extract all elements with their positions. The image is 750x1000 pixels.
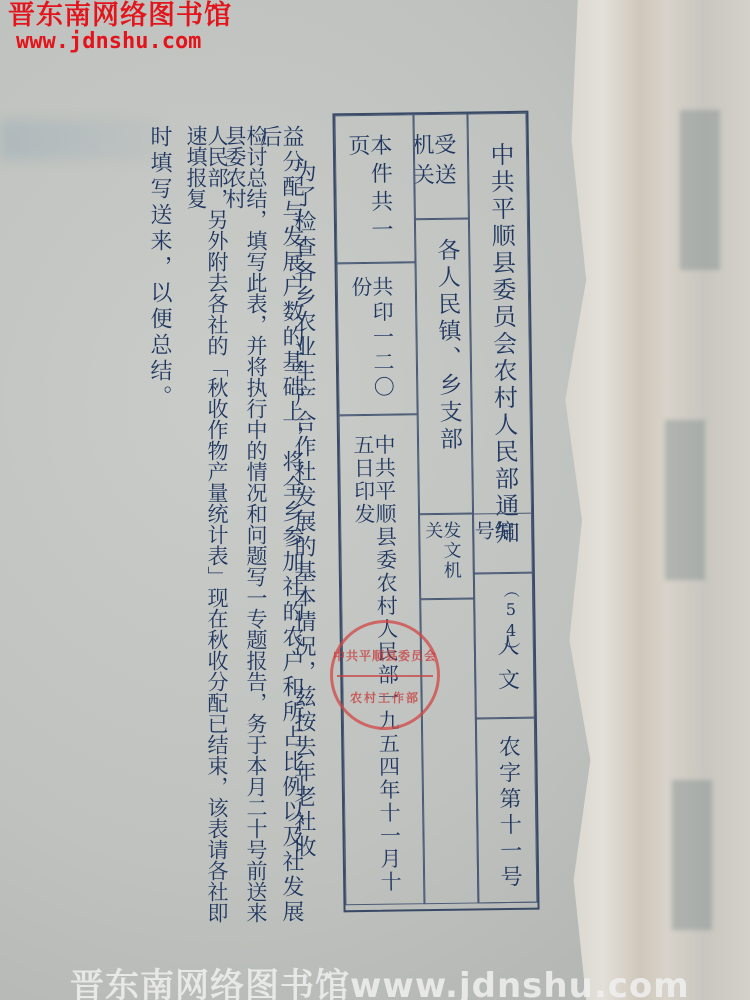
doc-number-value: 农字第十一号 [496, 735, 520, 891]
recipients-value: 各人民镇、乡支部 [434, 238, 460, 454]
watermark-footer: 晋东南网络图书馆www.jdnshu.com [70, 958, 690, 1000]
page-count-cell: 本件共一页 [334, 114, 416, 263]
doc-number-type: 人文 [495, 634, 518, 702]
official-seal: 中共平顺县委员会 农村工作部 [330, 620, 440, 730]
watermark-title: 晋东南网络图书馆 [8, 2, 232, 30]
seal-bottom-text: 农村工作部 [333, 689, 437, 706]
notice-title: 中共平顺县委员会农村人民部通知 [488, 142, 518, 547]
doc-number-type-cell: （54） 人文 [473, 573, 535, 719]
recipients-label: 受送机关 [410, 133, 455, 219]
seal-bar [337, 675, 433, 677]
doc-number-label-cell: 编号 [472, 513, 533, 574]
torn-stain [672, 780, 712, 930]
recipients-label-cell: 受送机关 [412, 114, 469, 220]
issuing-label: 发文机关 [423, 521, 460, 598]
body-column-4: 人民部，另外附去各社的「秋收作物产量统计表」现在秋收分配已结束，该表请各社即速填… [185, 125, 227, 925]
page-count: 本件共一页 [346, 134, 392, 263]
document-header-table: 中共平顺县委员会农村人民部通知 受送机关 各人民镇、乡支部 本件共一页 共印一二… [332, 111, 539, 913]
watermark-url: www.jdnshu.com [8, 30, 232, 53]
issuing-label-cell: 发文机关 [418, 513, 475, 599]
body-column-5: 时填写送来，以便总结。 [148, 125, 170, 425]
doc-number-value-cell: 农字第十一号 [475, 718, 538, 904]
doc-number-label: 编号 [473, 520, 514, 573]
watermark-header: 晋东南网络图书馆 www.jdnshu.com [8, 2, 232, 53]
print-count-cell: 共印一二〇份 [337, 262, 419, 415]
ink-smudge [0, 120, 160, 160]
torn-stain [680, 110, 720, 270]
recipients-value-cell: 各人民镇、乡支部 [414, 218, 474, 514]
seal-top-text: 中共平顺县委员会 [333, 647, 437, 664]
body-column-3: 检讨总结，填写此表，并将执行中的情况和问题写一专题报告，务于本月二十号前送来县委… [224, 125, 266, 925]
print-count: 共印一二〇份 [350, 276, 394, 415]
torn-stain [665, 420, 705, 580]
